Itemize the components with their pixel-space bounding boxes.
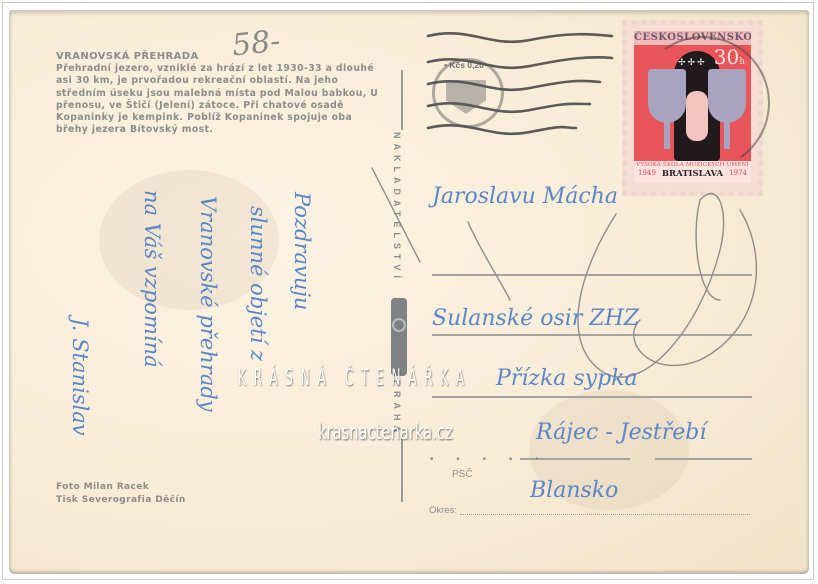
message-signature: J. Stanislav	[68, 318, 92, 436]
address-line-2: Přízka sypka	[496, 366, 638, 391]
address-district: Blansko	[530, 478, 618, 503]
address-name: Jaroslavu Mácha	[432, 184, 618, 209]
message-line-1: Pozdravuju	[290, 192, 314, 310]
address-line-1: Sulanské osir ZHZ	[432, 306, 639, 331]
watermark-url[interactable]: krasnactenarka.cz	[318, 420, 453, 444]
address-town: Rájec - Jestřebí	[536, 420, 706, 445]
watermark-title: KRÁSNÁ ČTENÁŘKA	[238, 366, 472, 391]
message-line-2: slunné objetí z	[246, 206, 270, 361]
message-line-4: na Váš vzpomíná	[140, 190, 164, 368]
message-line-3: Vranovské přehrady	[196, 196, 220, 412]
pen-strokes	[0, 0, 818, 584]
